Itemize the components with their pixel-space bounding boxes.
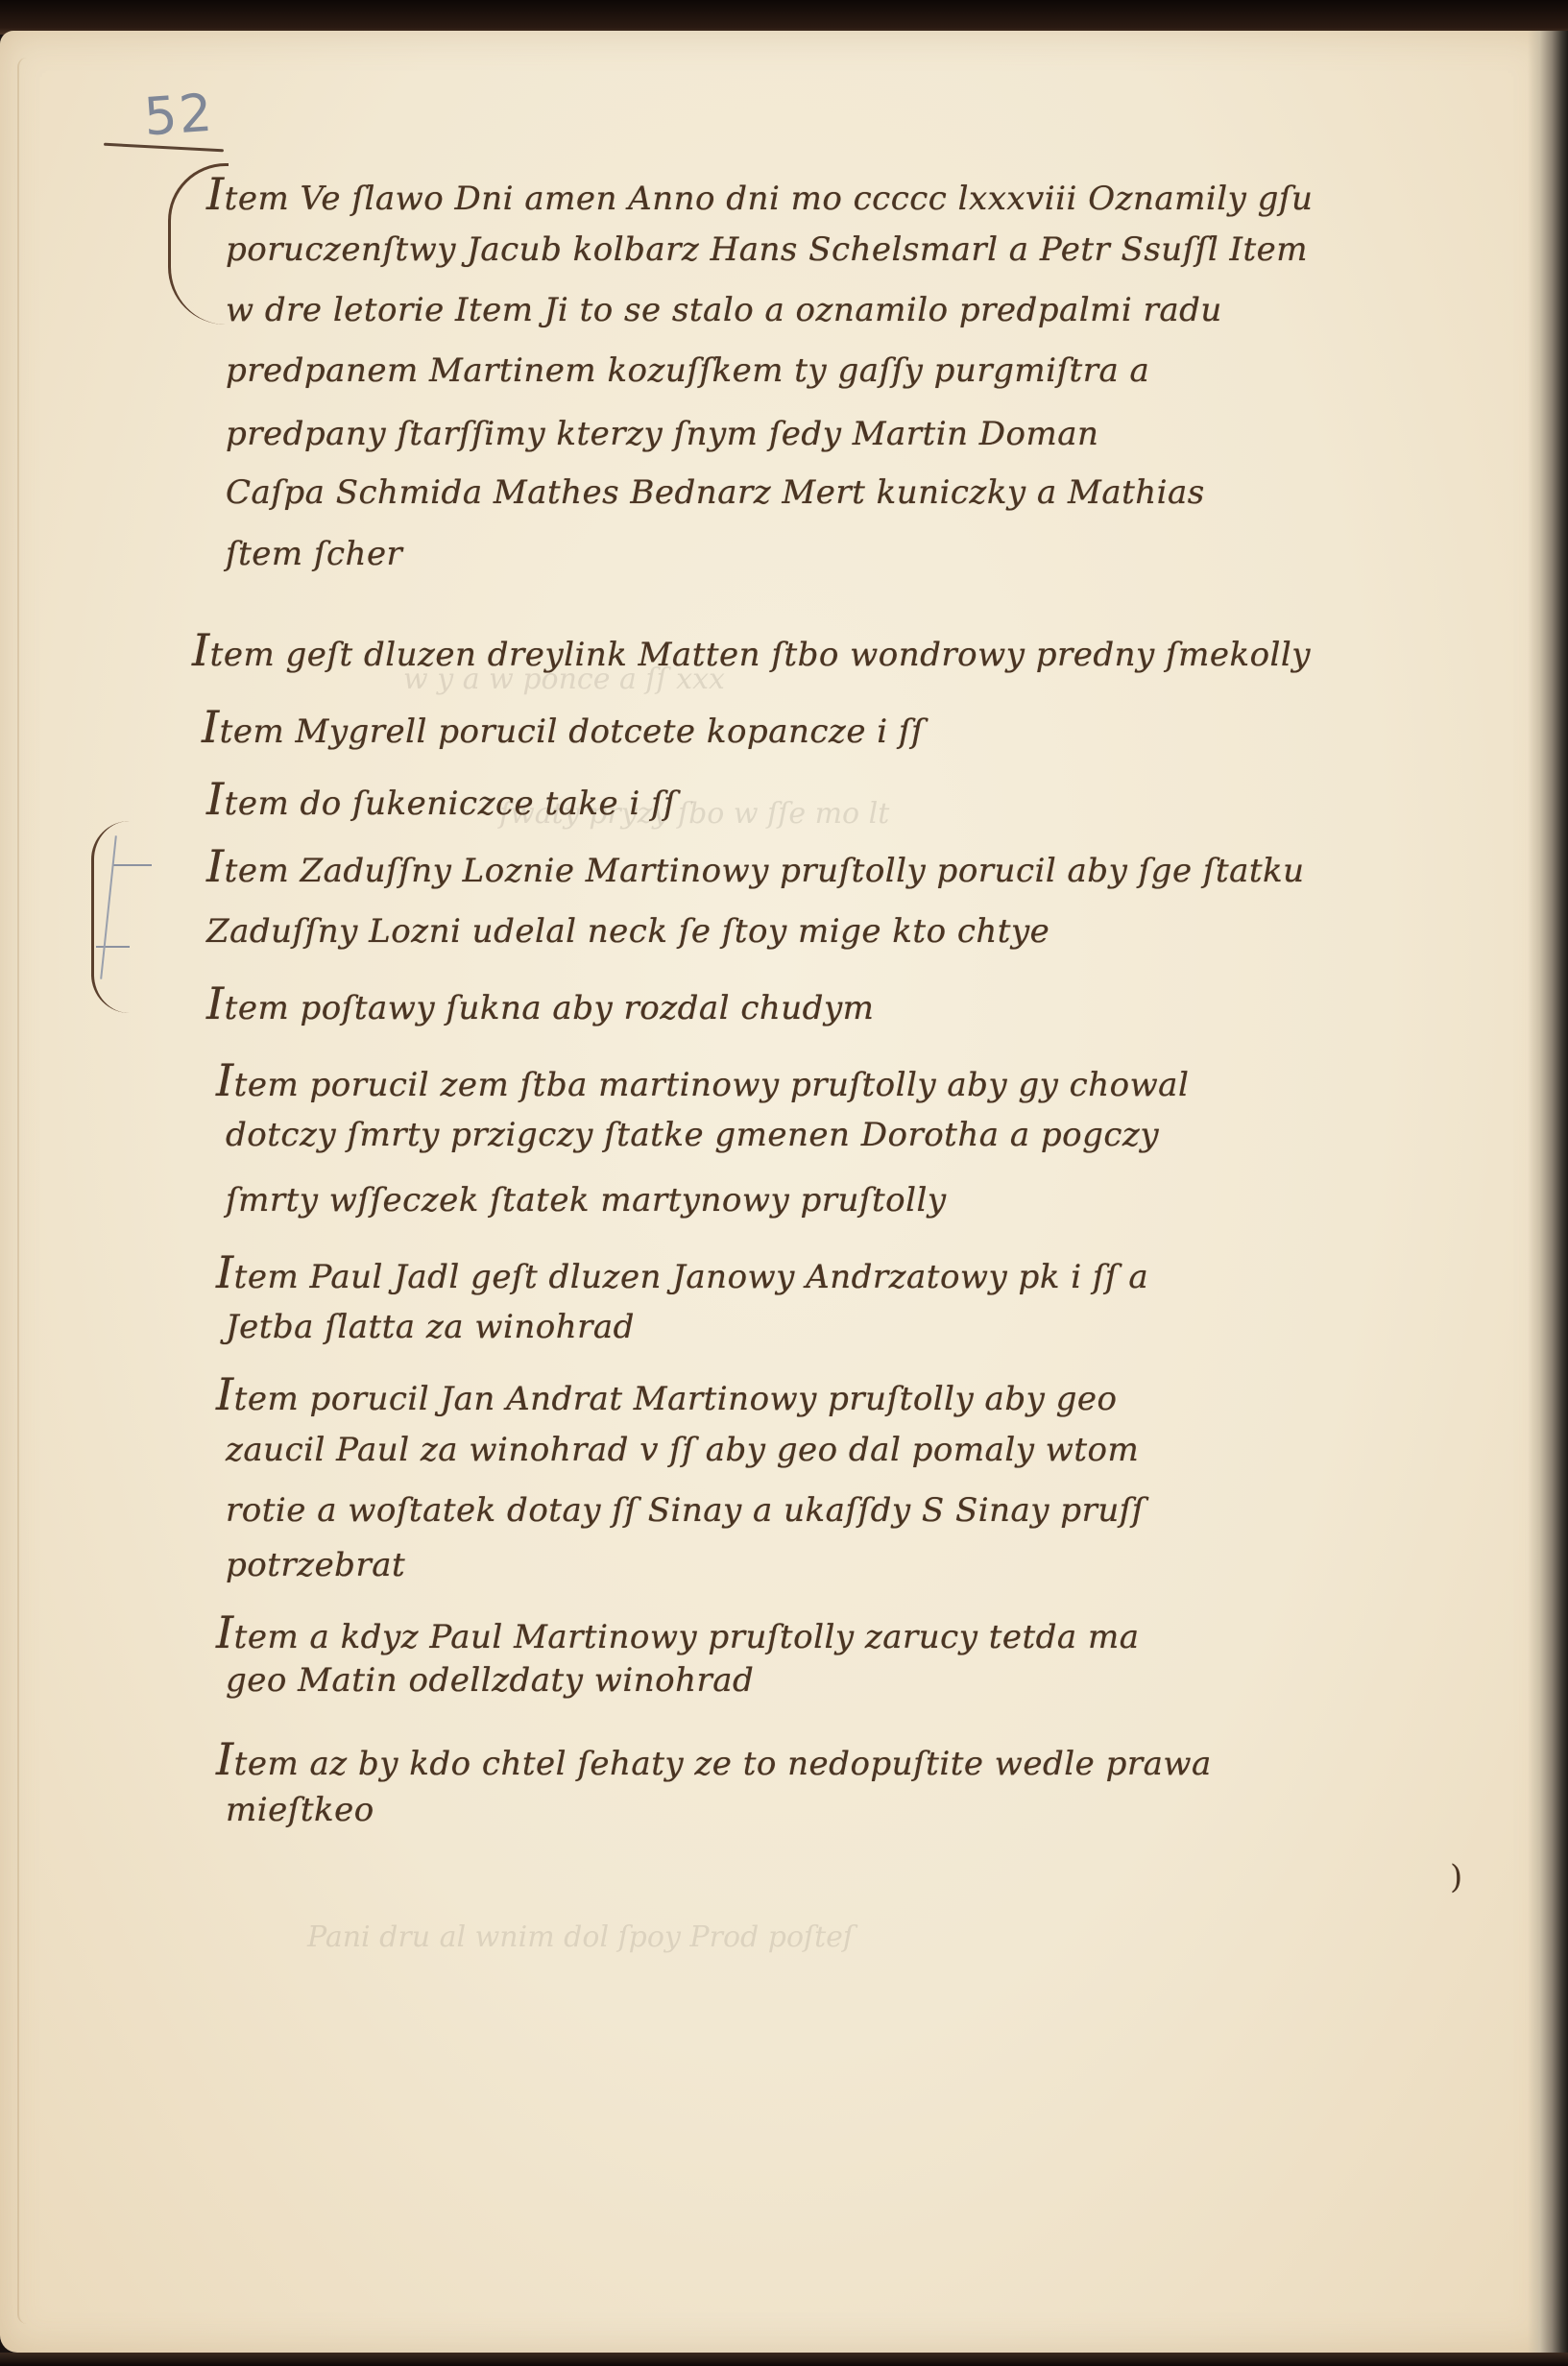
text-line: poruczenſtwy Jacub kolbarz Hans Schelsma… (226, 230, 1308, 269)
text-line: Item do ſukeniczce take i ſſ (206, 773, 676, 825)
text-line: Item Zaduſſny Loznie Martinowy pruſtolly… (206, 840, 1305, 892)
text-line: Item porucil Jan Andrat Martinowy pruſto… (216, 1368, 1117, 1420)
text-line: potrzebrat (226, 1546, 405, 1584)
binding-edge (1528, 31, 1568, 2353)
text-line: Jetba ſlatta za winohrad (226, 1308, 635, 1346)
pencil-mark (96, 946, 130, 948)
text-line: predpanem Martinem kozuſſkem ty gaſſy pu… (226, 351, 1149, 390)
scan-bottom-border (0, 2353, 1568, 2366)
text-line: Item a kdyz Paul Martinowy pruſtolly zar… (216, 1606, 1140, 1658)
text-line: dotczy ſmrty przigczy ſtatke gmenen Doro… (226, 1116, 1159, 1154)
text-line: rotie a woſtatek dotay ſſ Sinay a ukaſſd… (226, 1491, 1145, 1530)
scan-top-border (0, 0, 1568, 35)
text-line: Item az by kdo chtel ſehaty ze to nedopu… (216, 1733, 1212, 1785)
text-line: Item Paul Jadl geſt dluzen Janowy Andrza… (216, 1246, 1148, 1298)
text-line: mieſtkeo (226, 1791, 374, 1829)
text-line: Item Mygrell porucil dotcete kopancze i … (202, 701, 924, 753)
text-line: ſtem ſcher (226, 535, 402, 573)
marginal-brace (91, 821, 152, 1013)
text-line: Item porucil zem ſtba martinowy pruſtoll… (216, 1054, 1189, 1106)
text-line: Item poſtawy ſukna aby rozdal chudym (206, 978, 874, 1029)
bleed-through-text: Pani dru al wnim dol ſpoy Prod poſteſ (307, 1920, 854, 1954)
text-line: Zaduſſny Lozni udelal neck ſe ſtoy mige … (206, 912, 1049, 951)
text-line: Item geſt dluzen dreylink Matten ſtbo wo… (192, 624, 1311, 676)
text-line: w dre letorie Item Ji to se stalo a ozna… (226, 291, 1222, 329)
text-line: Item Ve ſlawo Dni amen Anno dni mo ccccc… (206, 168, 1313, 220)
end-mark: ) (1450, 1858, 1462, 1896)
folio-number: 52 (142, 83, 216, 148)
text-line: zaucil Paul za winohrad v ſſ aby geo dal… (226, 1431, 1139, 1469)
text-line: ſmrty wſſeczek ſtatek martynowy pruſtoll… (226, 1181, 947, 1219)
text-line: geo Matin odellzdaty winohrad (226, 1661, 754, 1700)
text-line: Caſpa Schmida Mathes Bednarz Mert kunicz… (226, 473, 1205, 512)
text-line: predpany ſtarſſimy kterzy ſnym ſedy Mart… (226, 415, 1098, 453)
pencil-mark (113, 864, 152, 866)
